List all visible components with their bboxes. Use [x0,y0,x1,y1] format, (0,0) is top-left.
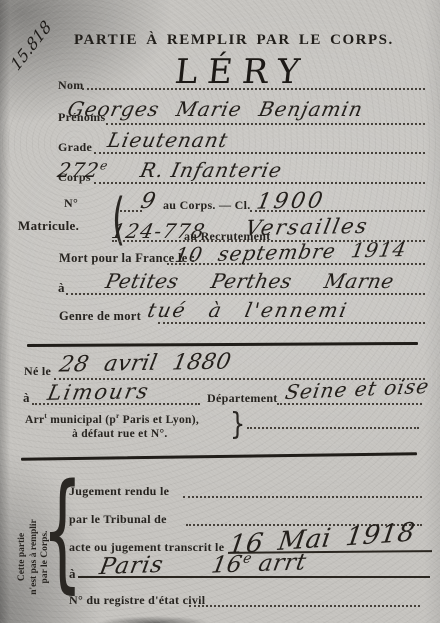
jugement-rendu-label: Jugement rendu le [69,484,169,499]
arr-label-part2: municipal (p [47,414,116,426]
recrutement-value: Versailles [243,214,370,240]
arr-municipal-brace: } [230,410,245,440]
mort-lieu-value: Petites Perthes Marne [103,269,396,293]
departement-label: Département [207,391,278,406]
au-corps-label: au Corps. — Cl. [163,198,251,213]
arr-label-part1: Arr [25,414,44,426]
jugement-rendu-dotted-line [183,493,422,498]
nom-value: LÉRY [173,52,312,92]
transcription-lieu-arrondissement: 16e arrt [209,549,308,578]
arr-municipal-dotted-line [247,424,419,429]
grade-value: Lieutenant [105,128,230,152]
genre-mort-label: Genre de mort [59,309,141,324]
corps-value: 272e R. Infanterie [55,158,284,182]
corps-regiment-ordinal: e [99,158,110,172]
arrondissement-number: 16 [209,552,244,579]
prenoms-value: Georges Marie Benjamin [65,97,365,121]
grade-label: Grade [58,140,92,155]
archive-serial: 15.818 [0,3,65,88]
corps-regiment-name: R. Infanterie [138,158,285,182]
arr-label-part3: Paris et Lyon), [119,414,199,426]
registre-label: N° du registre d'état civil [69,593,205,608]
arr-municipal-label-line2: à défaut rue et N°. [72,428,168,440]
military-death-record-scan: 15.818 PARTIE À REMPLIR PAR LE CORPS. No… [0,0,440,623]
matricule-au-corps-value: 9 [138,189,158,214]
matricule-label: Matricule. [18,218,79,234]
birth-lieu-label: à [23,390,30,406]
classe-value: 1900 [254,188,327,214]
form-title: PARTIE À REMPLIR PAR LE CORPS. [74,32,374,49]
matricule-no-label: N° [64,196,78,211]
transcription-lieu-city: Paris [97,552,165,580]
arrondissement-suffix: arrt [249,549,309,577]
side-note-line2: n'est pas à remplir [29,497,41,617]
ne-le-label: Né le [24,364,51,379]
corps-regiment-number: 272 [55,158,101,182]
genre-mort-value: tué à l'ennemi [145,298,350,322]
transcription-lieu-label: à [69,566,76,582]
ne-le-value: 28 avril 1880 [57,350,233,378]
mort-lieu-label: à [58,280,65,296]
side-note-line1: Cette partie [17,497,29,617]
tribunal-label: par le Tribunal de [69,512,167,527]
birth-lieu-value: Limours [45,379,152,405]
nom-label: Nom [58,78,84,93]
section-divider-top [27,342,418,347]
arr-municipal-label-line1: Arrt municipal (pr Paris et Lyon), [25,414,199,426]
registre-dotted-line [189,602,420,607]
